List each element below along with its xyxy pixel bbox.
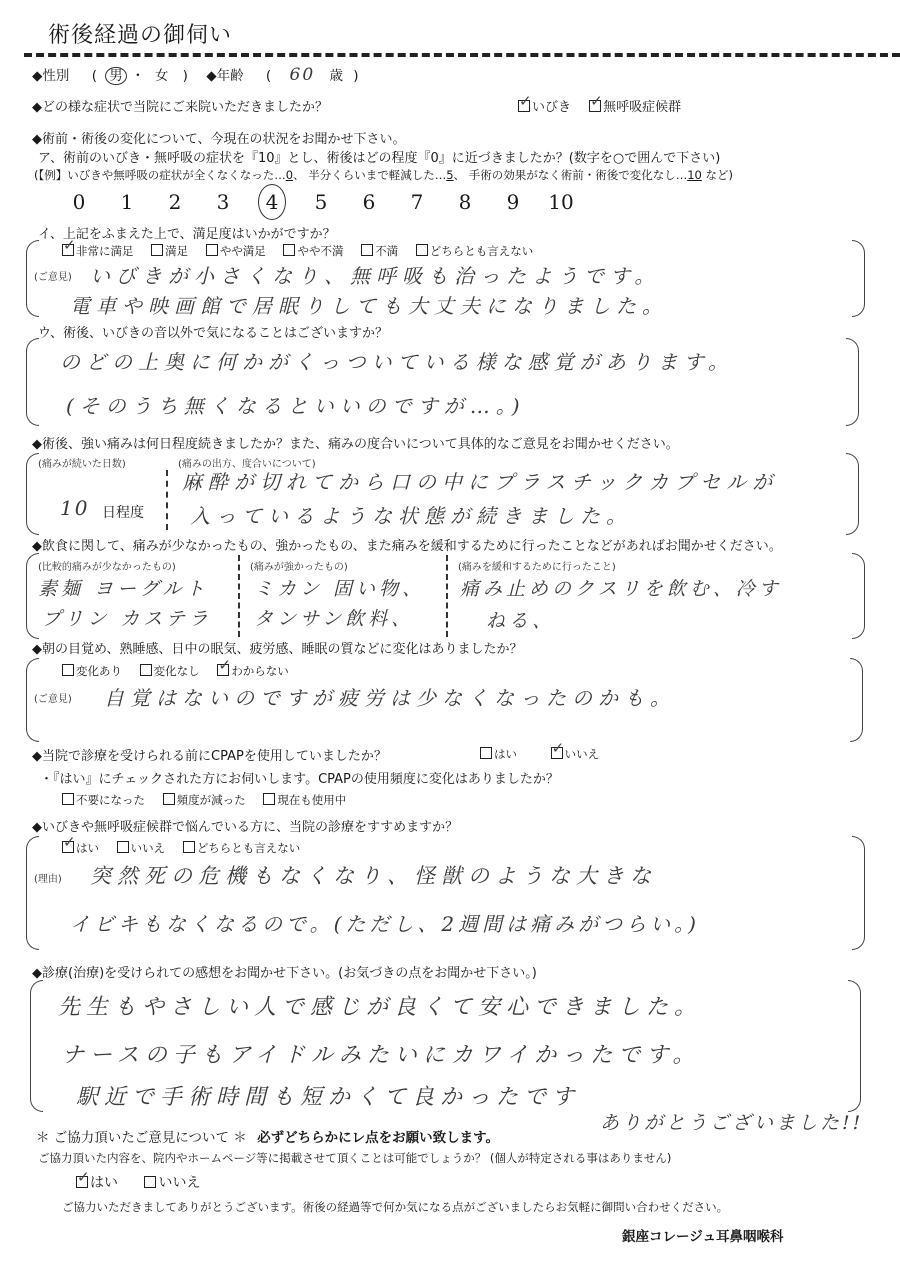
- pain-days-label: (痛みが続いた日数): [38, 455, 126, 470]
- satisfaction-opinion-line2[interactable]: 電車や映画館で居眠りしても大丈夫になりました。: [70, 290, 668, 319]
- bracket-left: [26, 338, 39, 426]
- pain-detail-line2[interactable]: 入っているような状態が続きました。: [190, 500, 632, 529]
- other-concerns-answer-line1[interactable]: のどの上奥に何かがくっついている様な感覚があります。: [60, 346, 734, 375]
- morning-option-no-change[interactable]: 変化なし: [140, 663, 200, 679]
- food-question: ◆飲食に関して、痛みが少なかったもの、強かったもの、また痛みを緩和するために行っ…: [32, 535, 782, 554]
- bracket-right: [852, 553, 865, 639]
- column-divider: [238, 555, 240, 637]
- checkbox-icon[interactable]: [76, 1176, 88, 1188]
- cpap-option-no[interactable]: いいえ: [551, 746, 600, 762]
- food-relief-line2[interactable]: ねる、: [486, 606, 555, 633]
- profile-row: ◆性別 ( 男 ・ 女 ) ◆年齢 ( 60 歳 ): [32, 64, 359, 85]
- recommend-option-neutral[interactable]: どちらとも言えない: [183, 840, 301, 856]
- checkbox-icon[interactable]: [283, 244, 295, 256]
- checkbox-icon[interactable]: [416, 244, 428, 256]
- consent-heading: ＊ ご協力頂いたご意見について ＊ 必ずどちらかにレ点をお願い致します。: [36, 1126, 499, 1146]
- cpap-question: ◆当院で診療を受けられる前にCPAPを使用していましたか？: [32, 745, 387, 764]
- scale-option-1[interactable]: 1: [103, 190, 151, 214]
- cpap-option-still-using[interactable]: 現在も使用中: [263, 792, 346, 808]
- recommend-option-no[interactable]: いいえ: [117, 840, 166, 856]
- satisfaction-option-somewhat-dissatisfied[interactable]: やや不満: [283, 243, 343, 259]
- satisfaction-option-very-satisfied[interactable]: 非常に満足: [62, 243, 134, 259]
- recommend-options: はい いいえ どちらとも言えない: [62, 840, 314, 856]
- symptoms-question: ◆どの様な症状で当院にご来院いただきましたか？: [32, 96, 328, 115]
- bracket-right: [846, 453, 859, 535]
- cpap-followup-question: ・『はい』にチェックされた方にお伺いします。CPAPの使用頻度に変化はありました…: [40, 768, 559, 787]
- checkbox-icon[interactable]: [551, 747, 563, 759]
- column-divider: [166, 470, 168, 530]
- checkbox-icon[interactable]: [62, 244, 74, 256]
- pain-days-unit: 日程度: [102, 502, 144, 522]
- other-concerns-answer-line2[interactable]: (そのうち無くなるといいのですが…。): [66, 390, 526, 419]
- recommend-reason-line1[interactable]: 突然死の危機もなくなり、怪獣のような大きな: [90, 860, 657, 890]
- checkbox-icon[interactable]: [518, 100, 530, 112]
- recommend-option-yes[interactable]: はい: [62, 840, 99, 856]
- consent-option-no[interactable]: いいえ: [144, 1172, 200, 1192]
- footer-thanks: ご協力いただきましてありがとうございます。術後の経過等で何か気になる点がございま…: [62, 1199, 728, 1215]
- morning-opinion[interactable]: 自覚はないのですが疲労は少なくなったのかも。: [104, 682, 676, 711]
- scale-option-0[interactable]: 0: [55, 190, 103, 214]
- checkbox-icon[interactable]: [62, 793, 74, 805]
- gender-label: ◆性別: [32, 68, 69, 84]
- bracket-right: [852, 836, 865, 950]
- gender-option-male[interactable]: 男: [105, 67, 127, 85]
- checkbox-icon[interactable]: [206, 244, 218, 256]
- age-value[interactable]: 60: [290, 65, 316, 85]
- age-unit: 歳: [329, 68, 343, 84]
- morning-question: ◆朝の目覚め、熟睡感、日中の眠気、疲労感、睡眠の質などに変化はありましたか？: [32, 638, 522, 657]
- checkbox-icon[interactable]: [62, 841, 74, 853]
- scale-option-10[interactable]: 10: [537, 190, 585, 214]
- checkbox-icon[interactable]: [117, 841, 129, 853]
- page-title: 術後経過の御伺い: [48, 18, 232, 49]
- food-strong-pain-line1[interactable]: ミカン 固い物、: [254, 574, 425, 601]
- satisfaction-option-dissatisfied[interactable]: 不満: [361, 243, 398, 259]
- scale-option-6[interactable]: 6: [345, 190, 393, 214]
- consent-options: はい いいえ: [76, 1172, 214, 1192]
- cpap-option-not-needed[interactable]: 不要になった: [62, 792, 145, 808]
- recommend-reason-line2[interactable]: イビキもなくなるので。(ただし、2週間は痛みがつらい。): [70, 908, 700, 937]
- food-less-pain-label: (比較的痛みが少なかったもの): [38, 558, 176, 573]
- opinion-label: (ご意見): [34, 268, 72, 283]
- cpap-options: はい いいえ: [480, 746, 613, 762]
- scale-option-9[interactable]: 9: [489, 190, 537, 214]
- pain-detail-line1[interactable]: 麻酔が切れてから口の中にプラスチックカプセルが: [182, 466, 778, 495]
- bracket-right: [846, 338, 859, 426]
- title-divider: [24, 53, 900, 57]
- other-concerns-question: ウ、術後、いびきの音以外で気になることはございますか？: [38, 322, 388, 341]
- food-less-pain-line1[interactable]: 素麺 ヨーグルト: [38, 574, 208, 601]
- change-question-a: ア、術前のいびき・無呼吸の症状を『10』とし、術後はどの程度『0』に近づきました…: [38, 147, 720, 166]
- scale-option-7[interactable]: 7: [393, 190, 441, 214]
- reason-label: (理由): [34, 870, 62, 885]
- column-divider: [446, 555, 448, 637]
- checkbox-icon[interactable]: [163, 793, 175, 805]
- change-heading: ◆術前・術後の変化について、今現在の状況をお聞かせ下さい。: [32, 128, 405, 147]
- impressions-question: ◆診療(治療)を受けられての感想をお聞かせ下さい。(お気づきの点をお聞かせ下さい…: [32, 962, 537, 981]
- checkbox-icon[interactable]: [140, 664, 152, 676]
- pain-days-value[interactable]: 10: [60, 496, 89, 520]
- impressions-thanks[interactable]: ありがとうございました!!: [600, 1108, 863, 1135]
- checkbox-icon[interactable]: [263, 793, 275, 805]
- checkbox-icon[interactable]: [151, 244, 163, 256]
- satisfaction-question: イ、上記をふまえた上で、満足度はいかがですか？: [38, 223, 336, 242]
- checkbox-icon[interactable]: [480, 747, 492, 759]
- checkbox-icon[interactable]: [361, 244, 373, 256]
- bracket-right: [852, 240, 865, 317]
- morning-option-unknown[interactable]: わからない: [217, 663, 289, 679]
- recommend-question: ◆いびきや無呼吸症候群で悩んでいる方に、当院の診療をすすめますか？: [32, 816, 458, 835]
- morning-options: 変化あり 変化なし わからない: [62, 663, 303, 679]
- consent-option-yes[interactable]: はい: [76, 1172, 118, 1192]
- food-relief-label: (痛みを緩和するために行ったこと): [458, 558, 616, 573]
- scale-option-8[interactable]: 8: [441, 190, 489, 214]
- change-example: (【例】いびきや無呼吸の症状が全くなくなった…0、 半分くらいまで軽減した…5、…: [34, 167, 733, 183]
- symptoms-options: いびき 無呼吸症候群: [518, 96, 695, 115]
- symptom-option-apnea[interactable]: 無呼吸症候群: [589, 96, 681, 115]
- scale-option-2[interactable]: 2: [151, 190, 199, 214]
- scale-option-3[interactable]: 3: [199, 190, 247, 214]
- checkbox-icon[interactable]: [62, 664, 74, 676]
- satisfaction-option-satisfied[interactable]: 満足: [151, 243, 188, 259]
- food-strong-pain-line2[interactable]: タンサン飲料、: [254, 604, 414, 631]
- bracket-right: [848, 980, 861, 1112]
- bracket-right: [850, 658, 863, 742]
- cpap-option-reduced[interactable]: 頻度が減った: [163, 792, 246, 808]
- cpap-option-yes[interactable]: はい: [480, 746, 517, 762]
- satisfaction-options: 非常に満足 満足 やや満足 やや不満 不満 どちらとも言えない: [62, 243, 547, 259]
- satisfaction-option-neutral[interactable]: どちらとも言えない: [416, 243, 534, 259]
- improvement-scale: 012345678910: [55, 184, 585, 220]
- cpap-followup-options: 不要になった 頻度が減った 現在も使用中: [62, 792, 360, 808]
- checkbox-icon[interactable]: [589, 100, 601, 112]
- opinion-label: (ご意見): [34, 690, 72, 705]
- checkbox-icon[interactable]: [217, 664, 229, 676]
- bracket-left: [30, 980, 43, 1112]
- scale-option-5[interactable]: 5: [297, 190, 345, 214]
- checkbox-icon[interactable]: [144, 1176, 156, 1188]
- impressions-line2[interactable]: ナースの子もアイドルみたいにカワイかったです。: [62, 1038, 701, 1069]
- satisfaction-opinion-line1[interactable]: いびきが小さくなり、無呼吸も治ったようです。: [90, 260, 660, 289]
- food-strong-pain-label: (痛みが強かったもの): [250, 558, 348, 573]
- consent-question: ご協力頂いた内容を、院内やホームページ等に掲載させて頂くことは可能でしょうか？ …: [38, 1150, 671, 1166]
- age-label: ◆年齢: [206, 68, 243, 84]
- impressions-line1[interactable]: 先生もやさしい人で感じが良くて安心できました。: [58, 990, 702, 1021]
- food-less-pain-line2[interactable]: プリン カステラ: [42, 604, 212, 631]
- pain-question: ◆術後、強い痛みは何日程度続きましたか？また、痛みの度合いについて具体的なご意見…: [32, 433, 679, 452]
- bracket-left: [26, 836, 39, 950]
- checkbox-icon[interactable]: [183, 841, 195, 853]
- food-relief-line1[interactable]: 痛み止めのクスリを飲む、冷す: [460, 574, 782, 601]
- impressions-line3[interactable]: 駅近で手術時間も短かくて良かったです: [76, 1080, 580, 1111]
- symptom-option-snoring[interactable]: いびき: [518, 96, 571, 115]
- scale-option-4-selected[interactable]: 4: [258, 184, 286, 220]
- gender-option-female[interactable]: 女: [155, 68, 169, 84]
- satisfaction-option-somewhat-satisfied[interactable]: やや満足: [206, 243, 266, 259]
- morning-option-changed[interactable]: 変化あり: [62, 663, 122, 679]
- clinic-name: 銀座コレージュ耳鼻咽喉科: [622, 1225, 783, 1245]
